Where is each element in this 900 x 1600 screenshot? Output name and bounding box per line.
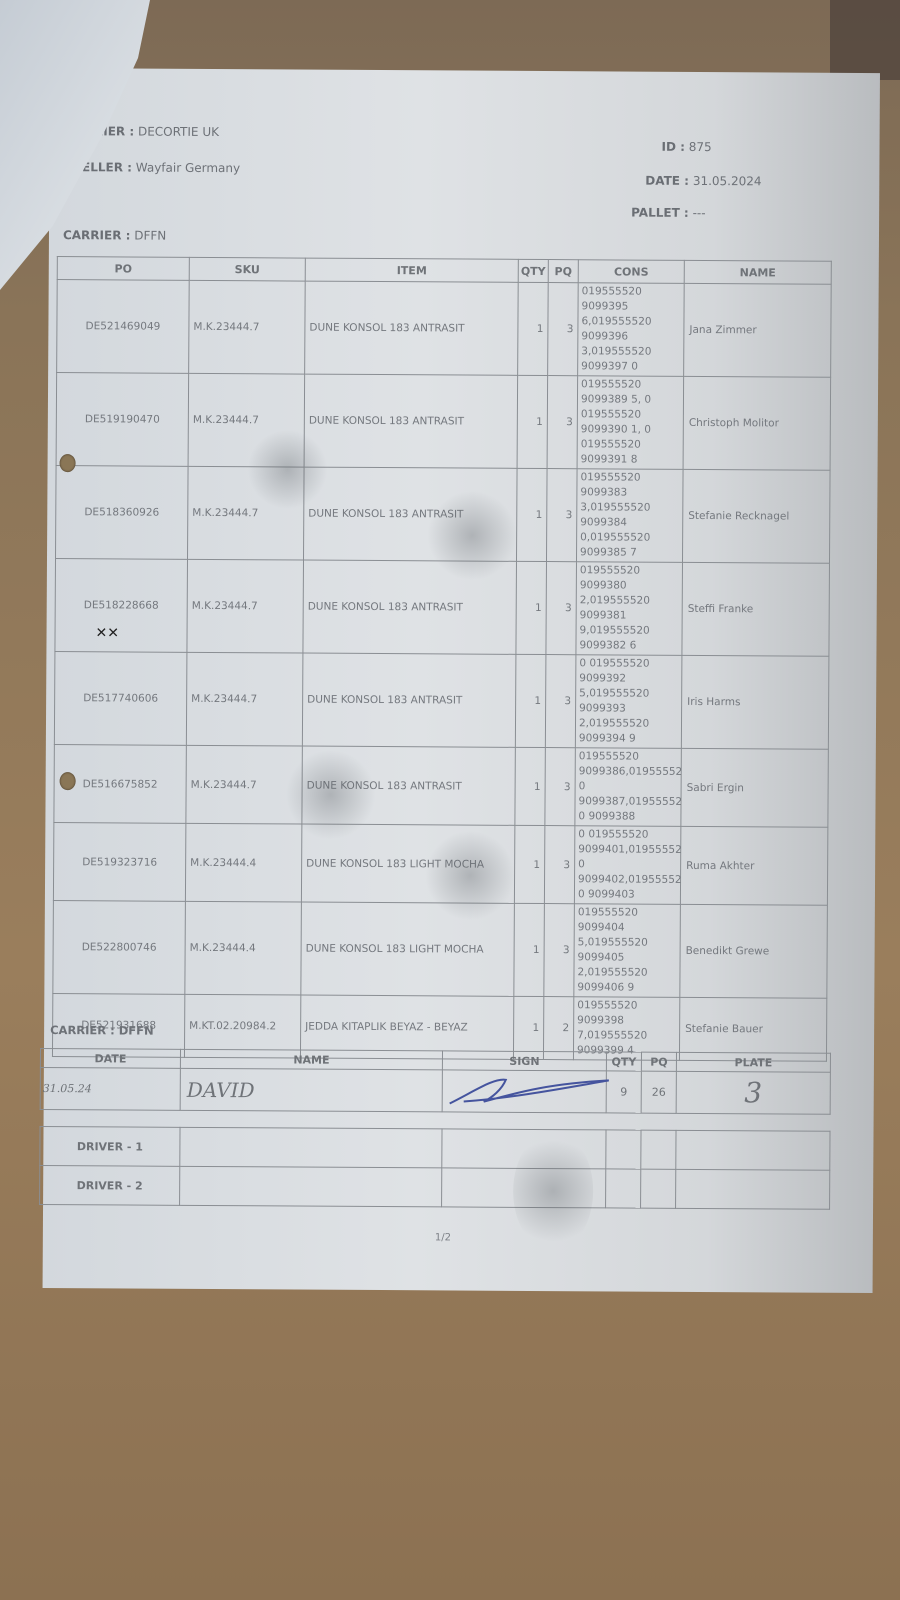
pq-cell: 3 [548,283,579,376]
sku-cell: M.K.23444.4 [185,901,302,995]
date-value: 31.05.2024 [693,174,762,188]
item-cell: DUNE KONSOL 183 ANTRASIT [304,374,518,468]
carrier-value: DFFN [134,229,166,243]
cons-cell: 019555520 9099395 6,019555520 9099396 3,… [578,283,685,377]
qty-cell: 1 [514,825,544,903]
cons-cell: 019555520 9099386,01955552 0 9099387,019… [575,748,681,827]
driver-1-sign-field[interactable] [442,1129,606,1169]
column-header-po: PO [57,257,189,281]
pq-cell: 3 [545,655,576,748]
column-header-sku: SKU [189,257,305,281]
name-cell: Sabri Ergin [681,748,828,827]
driver-row: DRIVER - 1 [40,1126,830,1170]
item-cell: DUNE KONSOL 183 ANTRASIT [303,560,517,654]
signature-scribble-icon [444,1071,614,1108]
sku-cell: M.K.23444.7 [186,745,302,824]
id-line: ID : 875 [661,140,711,154]
shipment-table: PO SKU ITEM QTY PQ CONS NAME DE521469049… [52,256,832,1062]
total-pq: 26 [641,1071,676,1113]
qty-cell: 1 [516,468,547,561]
page-number: 1/2 [435,1232,451,1243]
id-label: ID : [661,140,684,154]
pq-cell: 3 [546,562,577,655]
sku-cell: M.K.23444.7 [187,559,304,653]
po-cell: DE522800746 [53,901,186,995]
footer-carrier: CARRIER : DFFN [50,1023,154,1038]
qty-cell: 1 [518,282,549,375]
driver-2-label: DRIVER - 2 [40,1165,180,1205]
po-cell: DE517740606 [54,652,187,746]
pq-cell: 3 [547,376,578,469]
driver-2-sign-field[interactable] [442,1168,606,1208]
table-row: DE522800746M.K.23444.4DUNE KONSOL 183 LI… [53,901,828,999]
date-label: DATE : [645,174,689,188]
name-cell: Jana Zimmer [684,283,832,377]
sku-cell: M.K.23444.7 [186,652,303,746]
name-cell: Steffi Franke [682,562,830,656]
column-header-cons: CONS [578,260,684,284]
cons-cell: 019555520 9099380 2,019555520 9099381 9,… [576,562,683,656]
cons-cell: 019555520 9099383 3,019555520 9099384 0,… [576,469,683,563]
column-header-name: NAME [684,260,831,284]
sku-cell: M.K.23444.7 [189,280,306,374]
po-cell: DE519323716 [53,823,185,902]
background-shadow [830,0,900,80]
cons-cell: 019555520 9099404 5,019555520 9099405 2,… [574,904,681,998]
column-header-pq: PQ [548,260,578,283]
column-header-qty: QTY [606,1052,641,1071]
driver-1-label: DRIVER - 1 [40,1126,180,1166]
handwritten-date: 31.05.24 [40,1067,180,1110]
seller-value: Wayfair Germany [136,161,240,176]
punch-hole [60,772,76,790]
name-cell: Ruma Akhter [680,826,827,905]
cons-cell: 0 019555520 9099401,01955552 0 9099402,0… [574,826,680,905]
table-row: DE519323716M.K.23444.4DUNE KONSOL 183 LI… [53,823,827,906]
item-cell: DUNE KONSOL 183 ANTRASIT [305,281,519,375]
qty-cell: 1 [515,747,545,825]
pq-cell: 3 [546,469,577,562]
qty-cell: 1 [514,903,545,996]
signature-field [442,1070,606,1113]
po-cell: DE518228668✕✕ [55,559,188,653]
table-row: DE518360926M.K.23444.7DUNE KONSOL 183 AN… [56,466,831,564]
qty-cell: 1 [517,375,548,468]
id-value: 875 [689,140,712,154]
handwritten-plate: 3 [676,1071,830,1114]
carrier-line: CARRIER : DFFN [63,228,166,243]
driver-row: DRIVER - 2 [40,1165,830,1209]
table-row: DE518228668✕✕M.K.23444.7DUNE KONSOL 183 … [55,559,830,657]
cons-cell: 019555520 9099389 5, 0 019555520 9099390… [577,376,684,470]
delivery-document: LIER : DECORTIE UK SELLER : Wayfair Germ… [43,68,880,1293]
po-cell: DE518360926 [56,466,189,560]
driver-2-name-field[interactable] [180,1166,442,1207]
date-line: DATE : 31.05.2024 [645,174,761,189]
name-cell: Iris Harms [681,655,829,749]
pallet-line: PALLET : --- [631,206,706,220]
table-row: DE519190470M.K.23444.7DUNE KONSOL 183 AN… [56,373,831,471]
pallet-value: --- [693,206,706,220]
po-cell: DE519190470 [56,373,189,467]
signature-entry-row: 31.05.24 DAVID 9 26 3 [40,1067,830,1114]
supplier-value: DECORTIE UK [138,125,219,139]
column-header-item: ITEM [305,258,518,282]
pq-cell: 3 [544,904,575,997]
handwritten-name: DAVID [180,1068,442,1112]
name-cell: Benedikt Grewe [680,904,828,998]
signature-table: DATE NAME SIGN QTY PQ PLATE 31.05.24 DAV… [40,1048,831,1115]
qty-cell: 1 [516,561,547,654]
item-cell: DUNE KONSOL 183 ANTRASIT [302,746,515,825]
po-cell: DE521469049 [57,280,190,374]
name-cell: Stefanie Recknagel [682,469,830,563]
pq-cell: 3 [544,826,574,904]
name-cell: Christoph Molitor [683,376,831,470]
driver-table: DRIVER - 1 DRIVER - 2 [39,1126,830,1210]
cons-cell: 0 019555520 9099392 5,019555520 9099393 … [575,655,682,749]
table-row: DE516675852M.K.23444.7DUNE KONSOL 183 AN… [54,745,828,828]
handwritten-mark: ✕✕ [95,625,119,641]
item-cell: DUNE KONSOL 183 ANTRASIT [302,653,516,747]
pallet-label: PALLET : [631,206,689,220]
sku-cell: M.K.23444.4 [185,823,301,902]
carrier-label: CARRIER : [63,228,131,242]
column-header-date: DATE [40,1048,180,1068]
driver-1-name-field[interactable] [180,1127,442,1168]
item-cell: DUNE KONSOL 183 LIGHT MOCHA [301,902,515,996]
column-header-sign: SIGN [442,1051,606,1071]
table-row: DE521469049M.K.23444.7DUNE KONSOL 183 AN… [57,280,832,378]
item-cell: DUNE KONSOL 183 LIGHT MOCHA [301,824,514,903]
sku-cell: M.K.23444.7 [188,373,305,467]
item-cell: DUNE KONSOL 183 ANTRASIT [303,467,517,561]
pq-cell: 3 [545,748,575,826]
table-row: DE517740606M.K.23444.7DUNE KONSOL 183 AN… [54,652,829,750]
column-header-pq: PQ [641,1052,676,1071]
seller-line: SELLER : Wayfair Germany [73,160,240,175]
qty-cell: 1 [515,654,546,747]
column-header-qty: QTY [518,259,548,282]
sku-cell: M.K.23444.7 [188,466,305,560]
punch-hole [60,454,76,472]
supplier-line: LIER : DECORTIE UK [96,124,219,139]
column-header-plate: PLATE [676,1052,830,1072]
column-header-name: NAME [180,1049,442,1070]
